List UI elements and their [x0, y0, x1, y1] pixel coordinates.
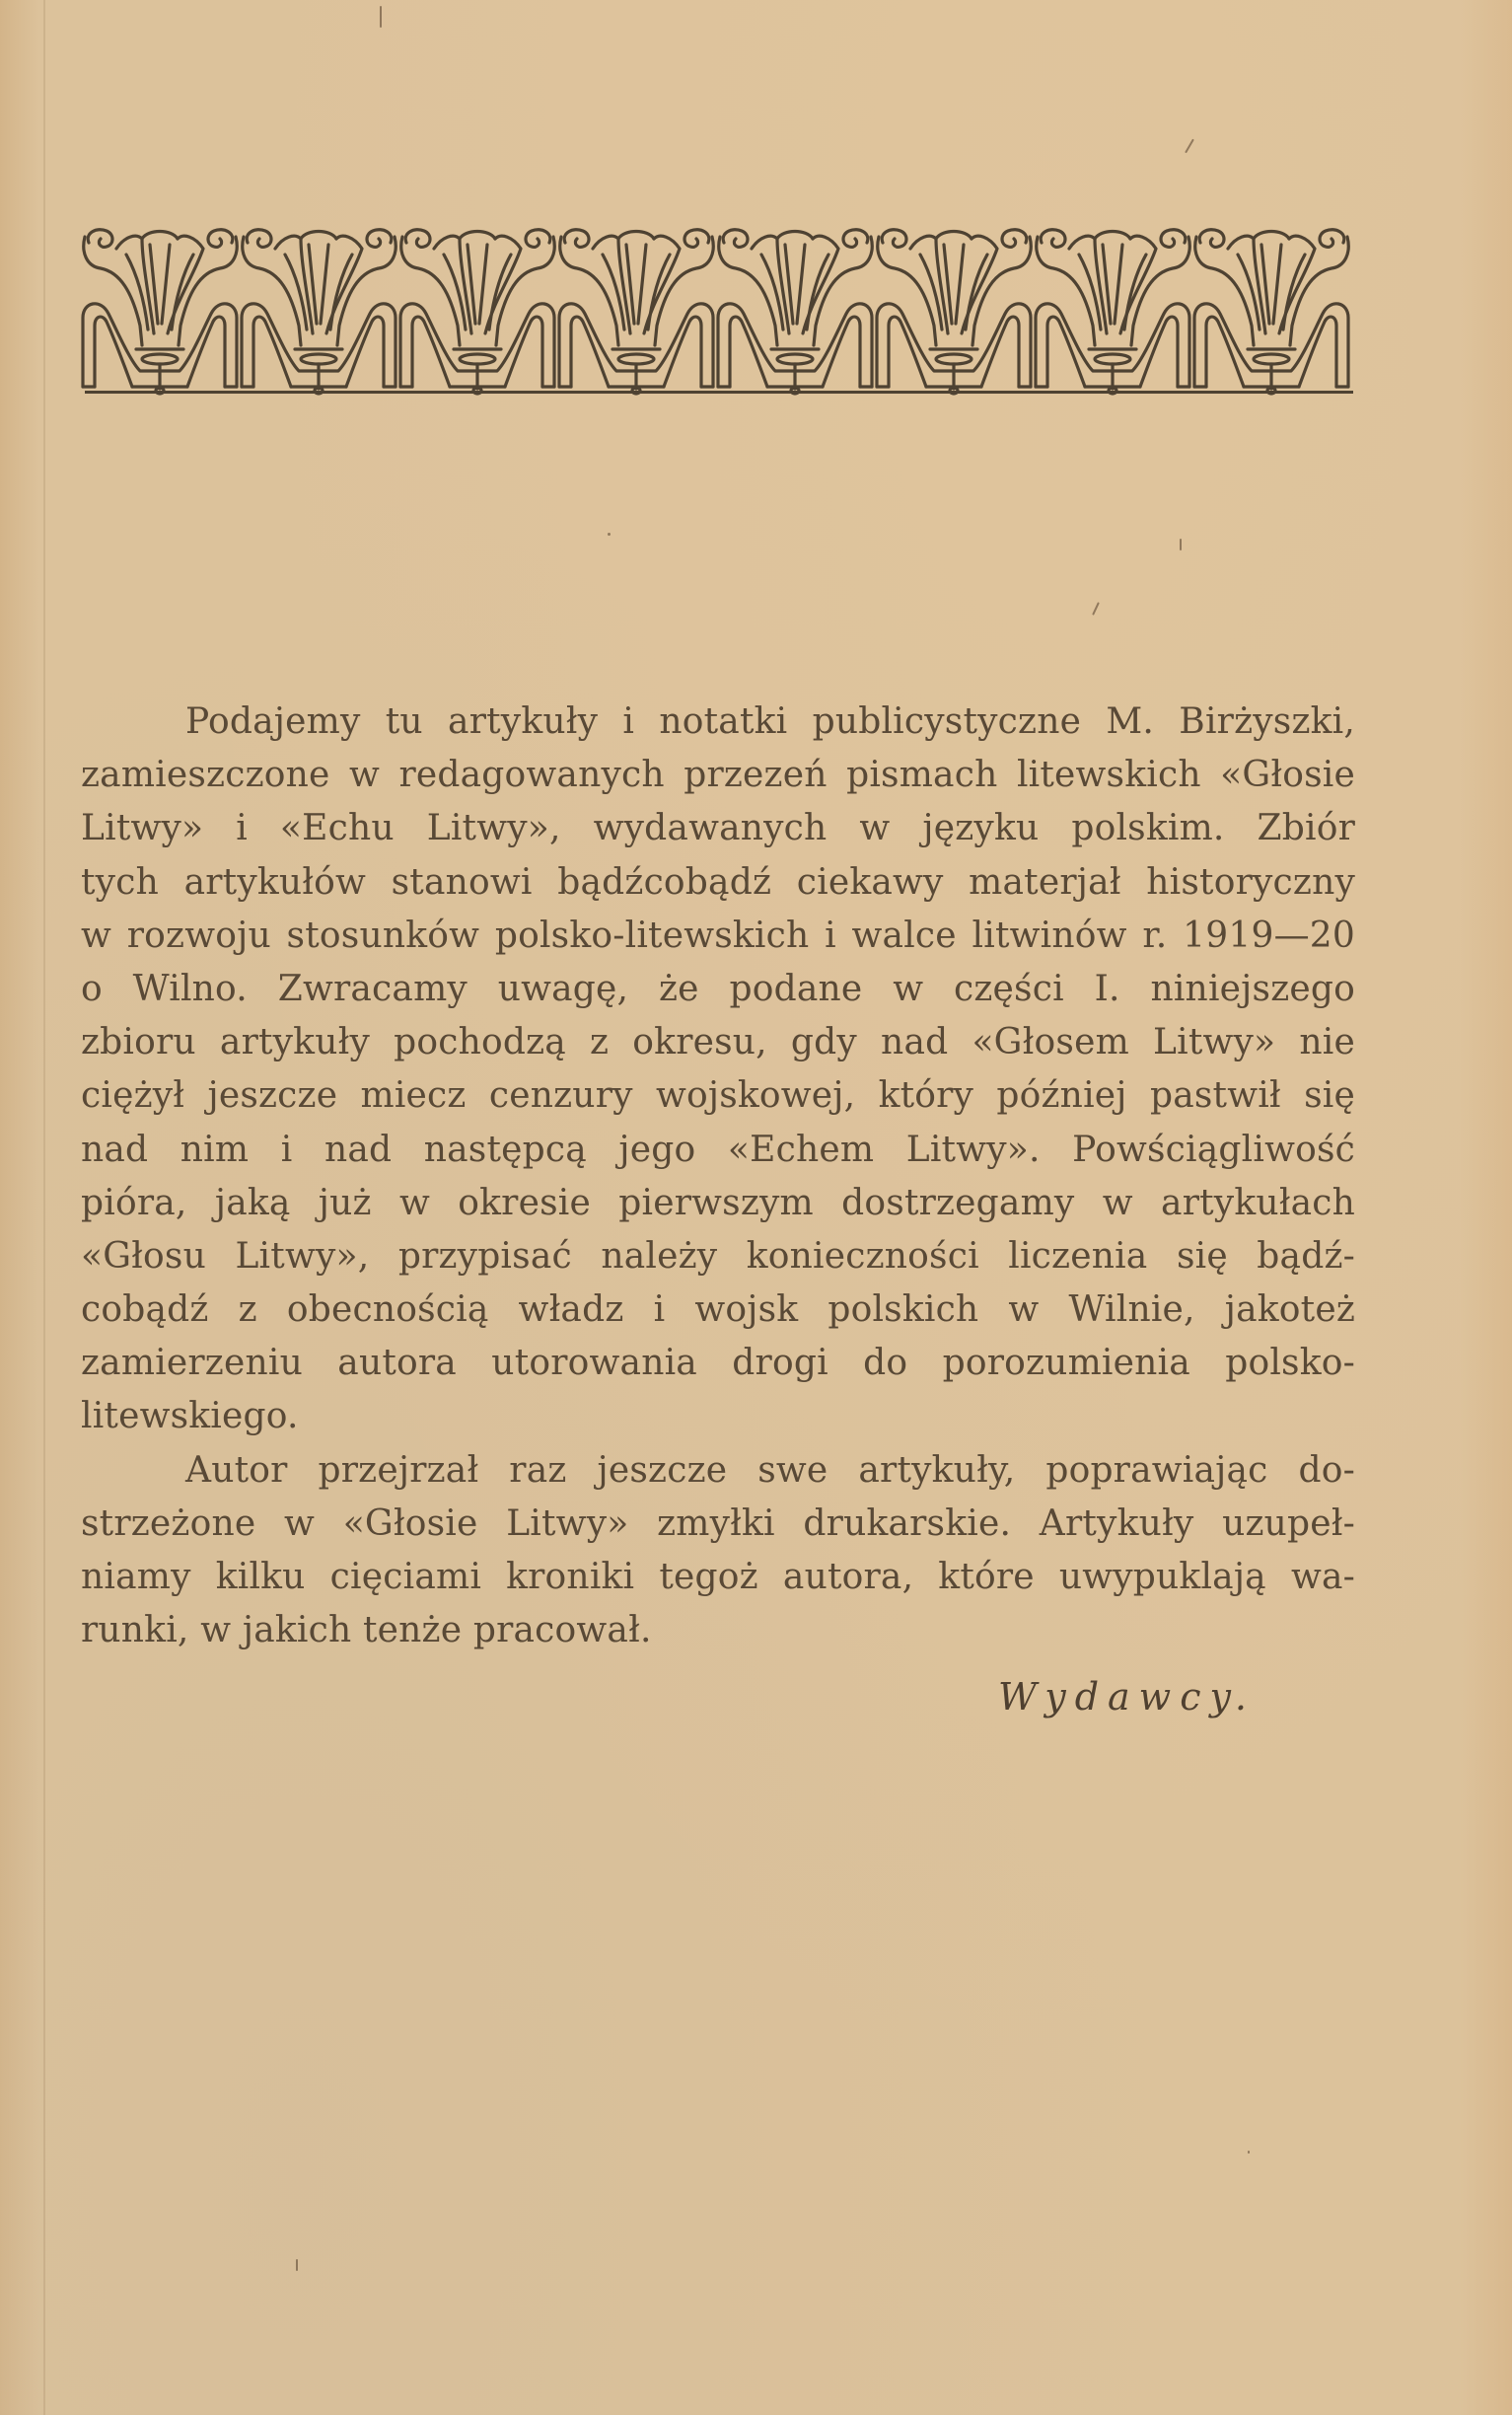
text-line: Podajemy tu artykuły i notatki publicyst…	[81, 695, 1355, 749]
text-line: «Głosu Litwy», przypisać należy konieczn…	[81, 1230, 1355, 1283]
paper-speck	[1092, 602, 1100, 616]
text-line: tych artykułów stanowi bądźcobądź ciekaw…	[81, 856, 1355, 910]
paper-speck	[1248, 2151, 1250, 2154]
text-line: Litwy» i «Echu Litwy», wydawanych w języ…	[81, 802, 1355, 855]
paragraph-1: Podajemy tu artykuły i notatki publicyst…	[81, 695, 1355, 1444]
text-line: runki, w jakich tenże pracował.	[81, 1604, 1355, 1657]
text-line: niamy kilku cięciami kroniki tegoż autor…	[81, 1551, 1355, 1604]
text-line: ciężył jeszcze miecz cenzury wojskowej, …	[81, 1069, 1355, 1123]
text-line: zbioru artykuły pochodzą z okresu, gdy n…	[81, 1016, 1355, 1069]
text-line: w rozwoju stosunków polsko-litewskich i …	[81, 910, 1355, 963]
text-line: zamieszczone w redagowanych przezeń pism…	[81, 749, 1355, 802]
palmette-ornament-icon	[81, 217, 1353, 404]
text-line: nad nim i nad następcą jego «Echem Litwy…	[81, 1124, 1355, 1177]
paper-speck	[1180, 539, 1182, 550]
text-line: strzeżone w «Głosie Litwy» zmyłki drukar…	[81, 1498, 1355, 1551]
preface-body: Podajemy tu artykuły i notatki publicyst…	[81, 695, 1355, 1657]
decorative-ornament-border	[81, 217, 1353, 404]
paragraph-2: Autor przejrzał raz jeszcze swe artykuły…	[81, 1444, 1355, 1658]
text-line: litewskiego.	[81, 1390, 1355, 1443]
text-line: o Wilno. Zwracamy uwagę, że podane w czę…	[81, 963, 1355, 1016]
text-line: zamierzeniu autora utorowania drogi do p…	[81, 1337, 1355, 1390]
text-line: pióra, jaką już w okresie pierwszym dost…	[81, 1177, 1355, 1230]
paper-speck	[380, 6, 382, 28]
page-gutter-edge	[43, 0, 45, 2415]
ornament-rule-divider	[85, 391, 1353, 394]
text-line: Autor przejrzał raz jeszcze swe artykuły…	[81, 1444, 1355, 1498]
signature-publishers: Wydawcy.	[998, 1675, 1256, 1719]
paper-speck	[608, 533, 611, 536]
paper-speck	[296, 2259, 298, 2271]
text-line: cobądź z obecnością władz i wojsk polski…	[81, 1283, 1355, 1337]
paper-speck	[1185, 139, 1194, 154]
